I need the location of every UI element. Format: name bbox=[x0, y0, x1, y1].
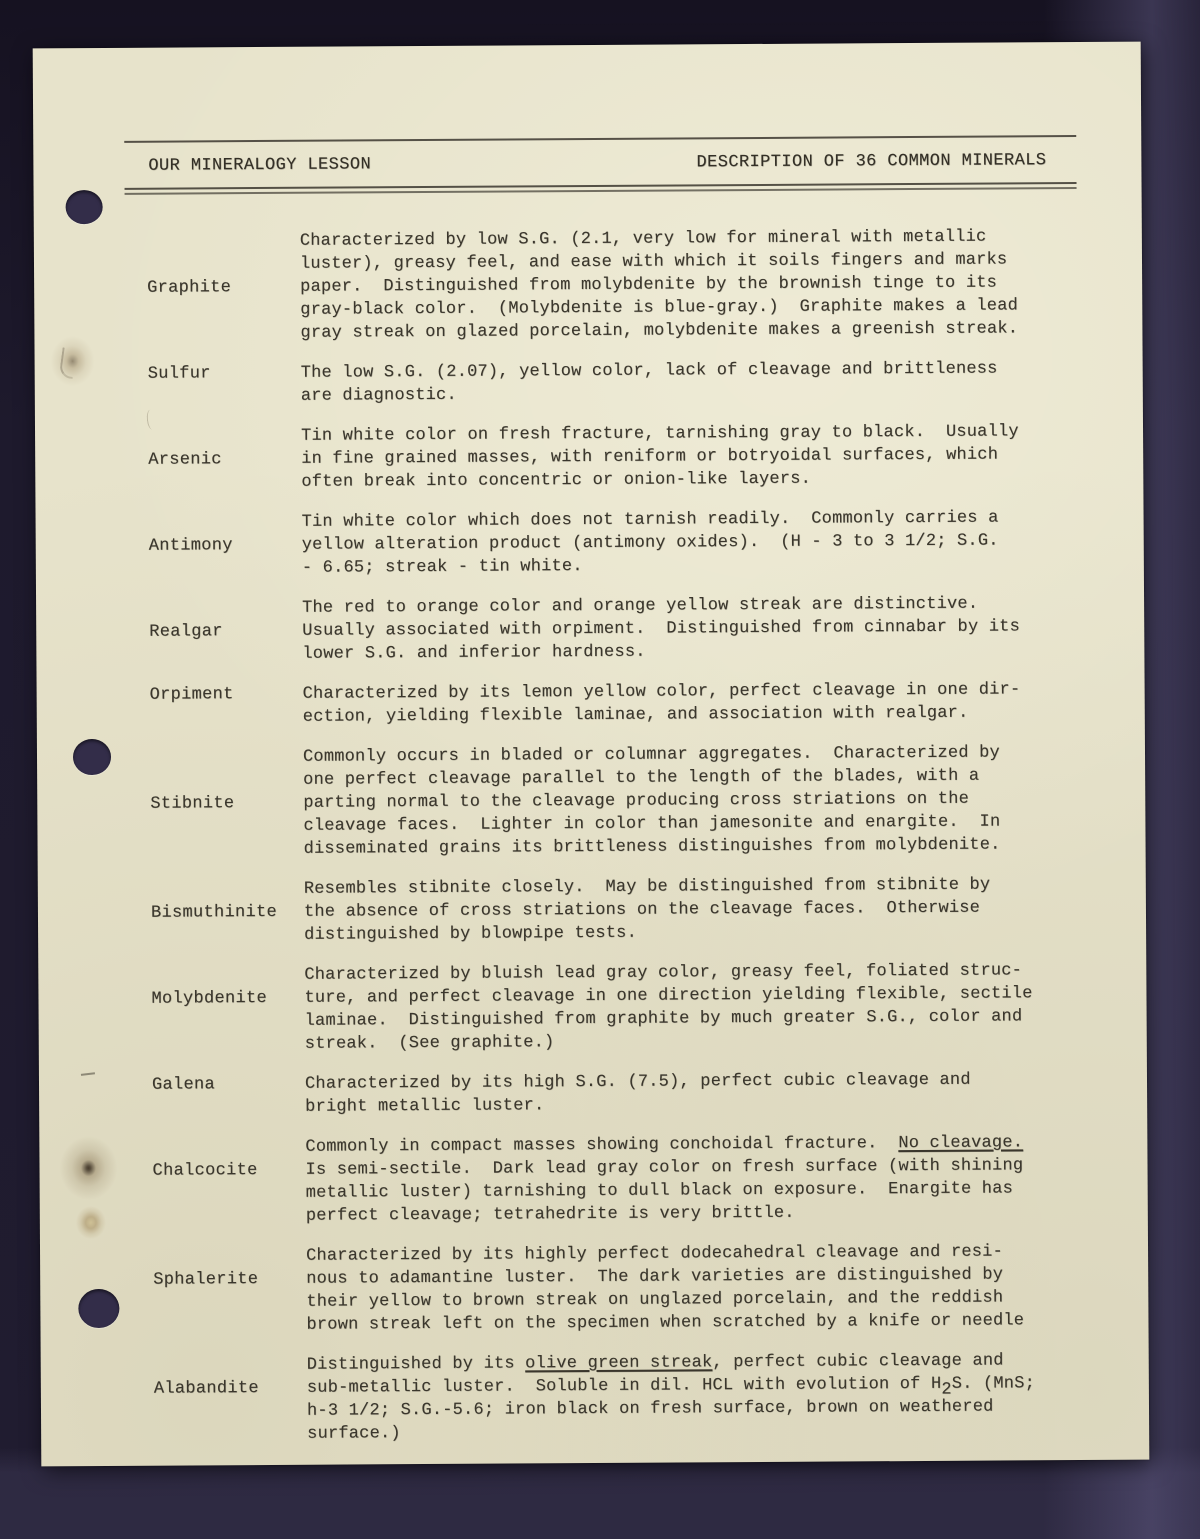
mineral-name: Realgar bbox=[149, 597, 302, 667]
mineral-entry: Sulfur The low S.G. (2.07), yellow color… bbox=[148, 357, 1098, 409]
mineral-name: Sulfur bbox=[148, 362, 301, 409]
page-subtitle: DESCRIPTION OF 36 COMMON MINERALS bbox=[696, 149, 1046, 174]
mineral-entry: Molybdenite Characterized by bluish lead… bbox=[151, 959, 1102, 1057]
mineral-description: Characterized by low S.G. (2.1, very low… bbox=[300, 225, 1098, 345]
mineral-entry: Galena Characterized by its high S.G. (7… bbox=[152, 1068, 1102, 1120]
mineral-name: Arsenic bbox=[148, 425, 301, 495]
mineral-description: Tin white color on fresh fracture, tarni… bbox=[301, 420, 1098, 494]
mineral-name: Orpiment bbox=[150, 683, 303, 730]
underlined-phrase: No cleavage. bbox=[898, 1133, 1023, 1153]
mineral-description: Characterized by bluish lead gray color,… bbox=[304, 959, 1102, 1056]
mineral-name: Galena bbox=[152, 1073, 305, 1120]
description-segment: Commonly in compact masses showing conch… bbox=[305, 1134, 898, 1157]
mineral-description: Commonly in compact masses showing conch… bbox=[305, 1131, 1103, 1228]
mineral-description: Resembles stibnite closely. May be disti… bbox=[304, 873, 1101, 947]
document-page: OUR MINERALOGY LESSON DESCRIPTION OF 36 … bbox=[33, 42, 1150, 1467]
mineral-description: Characterized by its highly perfect dode… bbox=[306, 1240, 1104, 1337]
mineral-entry: Chalcocite Commonly in compact masses sh… bbox=[152, 1131, 1103, 1229]
mineral-entry: Antimony Tin white color which does not … bbox=[149, 506, 1099, 581]
mineral-entry: Realgar The red to orange color and oran… bbox=[149, 592, 1099, 667]
punch-hole-top bbox=[66, 190, 103, 224]
mineral-name: Bismuthinite bbox=[151, 878, 304, 948]
mineral-description: Characterized by its lemon yellow color,… bbox=[303, 678, 1100, 729]
mineral-entry: Sphalerite Characterized by its highly p… bbox=[153, 1240, 1104, 1338]
mineral-name: Molybdenite bbox=[151, 964, 305, 1057]
punch-hole-bottom bbox=[78, 1289, 119, 1328]
punch-hole-middle bbox=[73, 739, 111, 775]
mineral-entry: Alabandite Distinguished by its olive gr… bbox=[154, 1349, 1105, 1447]
page-title: OUR MINERALOGY LESSON bbox=[148, 153, 371, 177]
stain-small bbox=[76, 1206, 106, 1239]
mineral-description: The red to orange color and orange yello… bbox=[302, 592, 1099, 666]
mineral-description: Tin white color which does not tarnish r… bbox=[302, 506, 1099, 580]
mineral-entry: Bismuthinite Resembles stibnite closely.… bbox=[151, 873, 1101, 948]
mineral-entry: Stibnite Commonly occurs in bladed or co… bbox=[150, 741, 1101, 862]
mineral-name: Stibnite bbox=[150, 746, 304, 862]
header-titles: OUR MINERALOGY LESSON DESCRIPTION OF 36 … bbox=[124, 137, 1076, 188]
pencil-dash-mark bbox=[81, 1072, 95, 1076]
mineral-description: Commonly occurs in bladed or columnar ag… bbox=[303, 741, 1101, 861]
mineral-description: Characterized by its high S.G. (7.5), pe… bbox=[305, 1068, 1102, 1119]
mineral-description: Distinguished by its olive green streak,… bbox=[307, 1349, 1105, 1446]
underlined-phrase: olive green streak bbox=[525, 1353, 712, 1373]
stain-middle bbox=[59, 1136, 117, 1200]
mineral-list: Graphite Characterized by low S.G. (2.1,… bbox=[147, 225, 1105, 1464]
mineral-description: The low S.G. (2.07), yellow color, lack … bbox=[301, 357, 1098, 408]
description-segment: Distinguished by its bbox=[307, 1354, 526, 1374]
mineral-entry: Orpiment Characterized by its lemon yell… bbox=[150, 678, 1100, 730]
mineral-name: Alabandite bbox=[154, 1354, 308, 1447]
mineral-entry: Arsenic Tin white color on fresh fractur… bbox=[148, 420, 1098, 495]
paper-scuff-mark bbox=[59, 347, 77, 379]
mineral-name: Antimony bbox=[149, 511, 302, 581]
mineral-name: Graphite bbox=[147, 230, 301, 346]
mineral-name: Chalcocite bbox=[152, 1136, 306, 1229]
mineral-entry: Graphite Characterized by low S.G. (2.1,… bbox=[147, 225, 1098, 346]
scan-backdrop: { "document": { "header": { "left_title"… bbox=[0, 0, 1200, 1539]
mineral-name: Sphalerite bbox=[153, 1245, 307, 1338]
document-header: OUR MINERALOGY LESSON DESCRIPTION OF 36 … bbox=[124, 135, 1076, 195]
